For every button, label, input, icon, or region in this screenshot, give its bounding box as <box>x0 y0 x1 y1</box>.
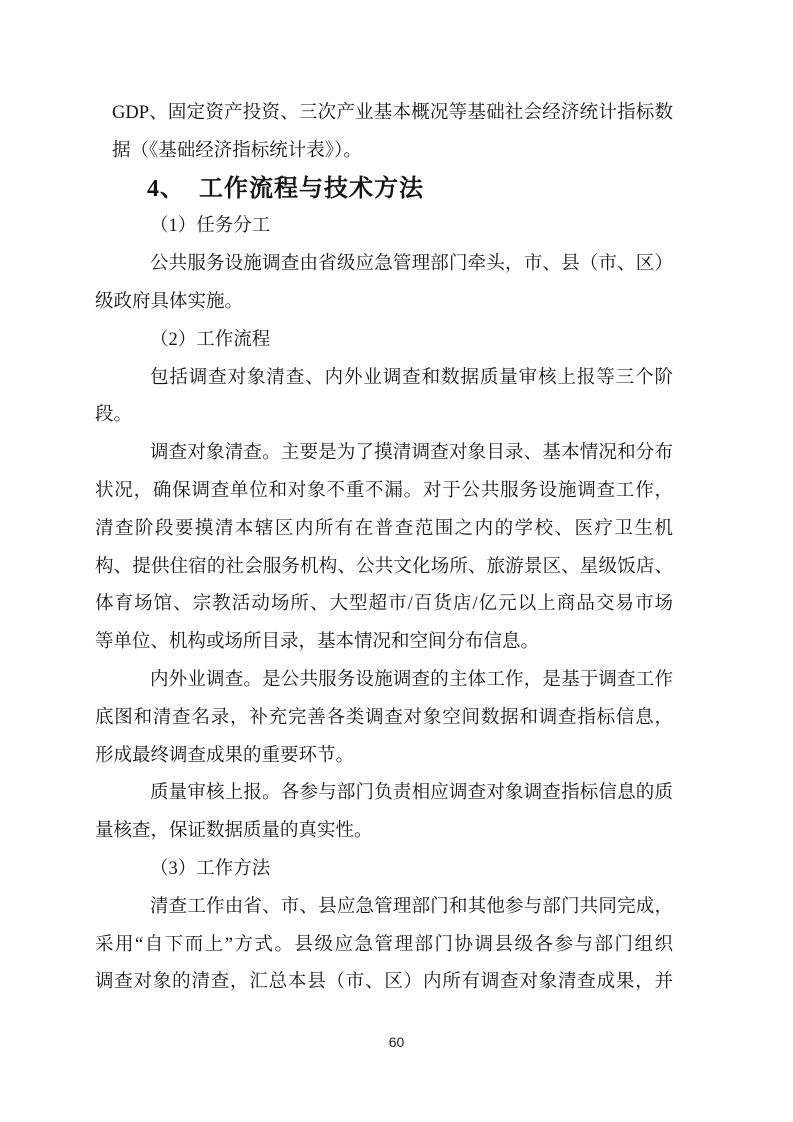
text-line: 量核查，保证数据质量的真实性。 <box>95 813 673 851</box>
text-line: 状况，确保调查单位和对象不重不漏。对于公共服务设施调查工作， <box>95 473 673 511</box>
text-line: 调查对象的清查，汇总本县（市、区）内所有调查对象清查成果，并 <box>95 964 673 1002</box>
body-paragraph: GDP、固定资产投资、三次产业基本概况等基础社会经济统计指标数据（《基础经济指标… <box>112 95 673 171</box>
text-line: 构、提供住宿的社会服务机构、公共文化场所、旅游景区、星级饭店、 <box>95 549 673 587</box>
text-line: 体育场馆、宗教活动场所、大型超市/百货店/亿元以上商品交易市场 <box>95 586 673 624</box>
text-line: 内外业调查。是公共服务设施调查的主体工作，是基于调查工作 <box>95 662 673 700</box>
text-line: 段。 <box>95 397 673 435</box>
text-line: 公共服务设施调查由省级应急管理部门牵头，市、县（市、区） <box>95 246 673 284</box>
text-line: 级政府具体实施。 <box>95 284 673 322</box>
heading-title: 工作流程与技术方法 <box>199 176 424 202</box>
text-line: 调查对象清查。主要是为了摸清调查对象目录、基本情况和分布 <box>95 435 673 473</box>
page-number: 60 <box>389 1034 405 1050</box>
document-page: GDP、固定资产投资、三次产业基本概况等基础社会经济统计指标数据（《基础经济指标… <box>0 0 793 1122</box>
text-line: 据（《基础经济指标统计表》）。 <box>112 133 673 171</box>
text-line: 底图和清查名录，补充完善各类调查对象空间数据和调查指标信息， <box>95 700 673 738</box>
page-footer: 60 <box>0 1034 793 1050</box>
text-line: 清查工作由省、市、县应急管理部门和其他参与部门共同完成， <box>95 889 673 927</box>
body-paragraph: （3）工作方法 <box>95 851 673 889</box>
document-body: GDP、固定资产投资、三次产业基本概况等基础社会经济统计指标数据（《基础经济指标… <box>95 95 673 1002</box>
text-line: 质量审核上报。各参与部门负责相应调查对象调查指标信息的质 <box>95 775 673 813</box>
body-paragraph: （1）任务分工 <box>95 208 673 246</box>
text-line: （3）工作方法 <box>95 851 673 889</box>
text-line: （1）任务分工 <box>95 208 673 246</box>
text-line: （2）工作流程 <box>95 322 673 360</box>
body-paragraph: 公共服务设施调查由省级应急管理部门牵头，市、县（市、区）级政府具体实施。 <box>95 246 673 322</box>
body-paragraph: 包括调查对象清查、内外业调查和数据质量审核上报等三个阶段。 <box>95 360 673 436</box>
body-paragraph: 质量审核上报。各参与部门负责相应调查对象调查指标信息的质量核查，保证数据质量的真… <box>95 775 673 851</box>
heading-number: 4、 <box>147 176 185 202</box>
body-paragraph: 内外业调查。是公共服务设施调查的主体工作，是基于调查工作底图和清查名录，补充完善… <box>95 662 673 775</box>
text-line: 形成最终调查成果的重要环节。 <box>95 738 673 776</box>
text-line: 包括调查对象清查、内外业调查和数据质量审核上报等三个阶 <box>95 360 673 398</box>
body-paragraph: 调查对象清查。主要是为了摸清调查对象目录、基本情况和分布状况，确保调查单位和对象… <box>95 435 673 662</box>
body-paragraph: （2）工作流程 <box>95 322 673 360</box>
text-line: 清查阶段要摸清本辖区内所有在普查范围之内的学校、医疗卫生机 <box>95 511 673 549</box>
body-paragraph: 清查工作由省、市、县应急管理部门和其他参与部门共同完成，采用“自下而上”方式。县… <box>95 889 673 1002</box>
text-line: GDP、固定资产投资、三次产业基本概况等基础社会经济统计指标数 <box>112 95 673 133</box>
section-heading: 4、工作流程与技术方法 <box>95 171 673 209</box>
text-line: 等单位、机构或场所目录，基本情况和空间分布信息。 <box>95 624 673 662</box>
text-line: 采用“自下而上”方式。县级应急管理部门协调县级各参与部门组织 <box>95 927 673 965</box>
